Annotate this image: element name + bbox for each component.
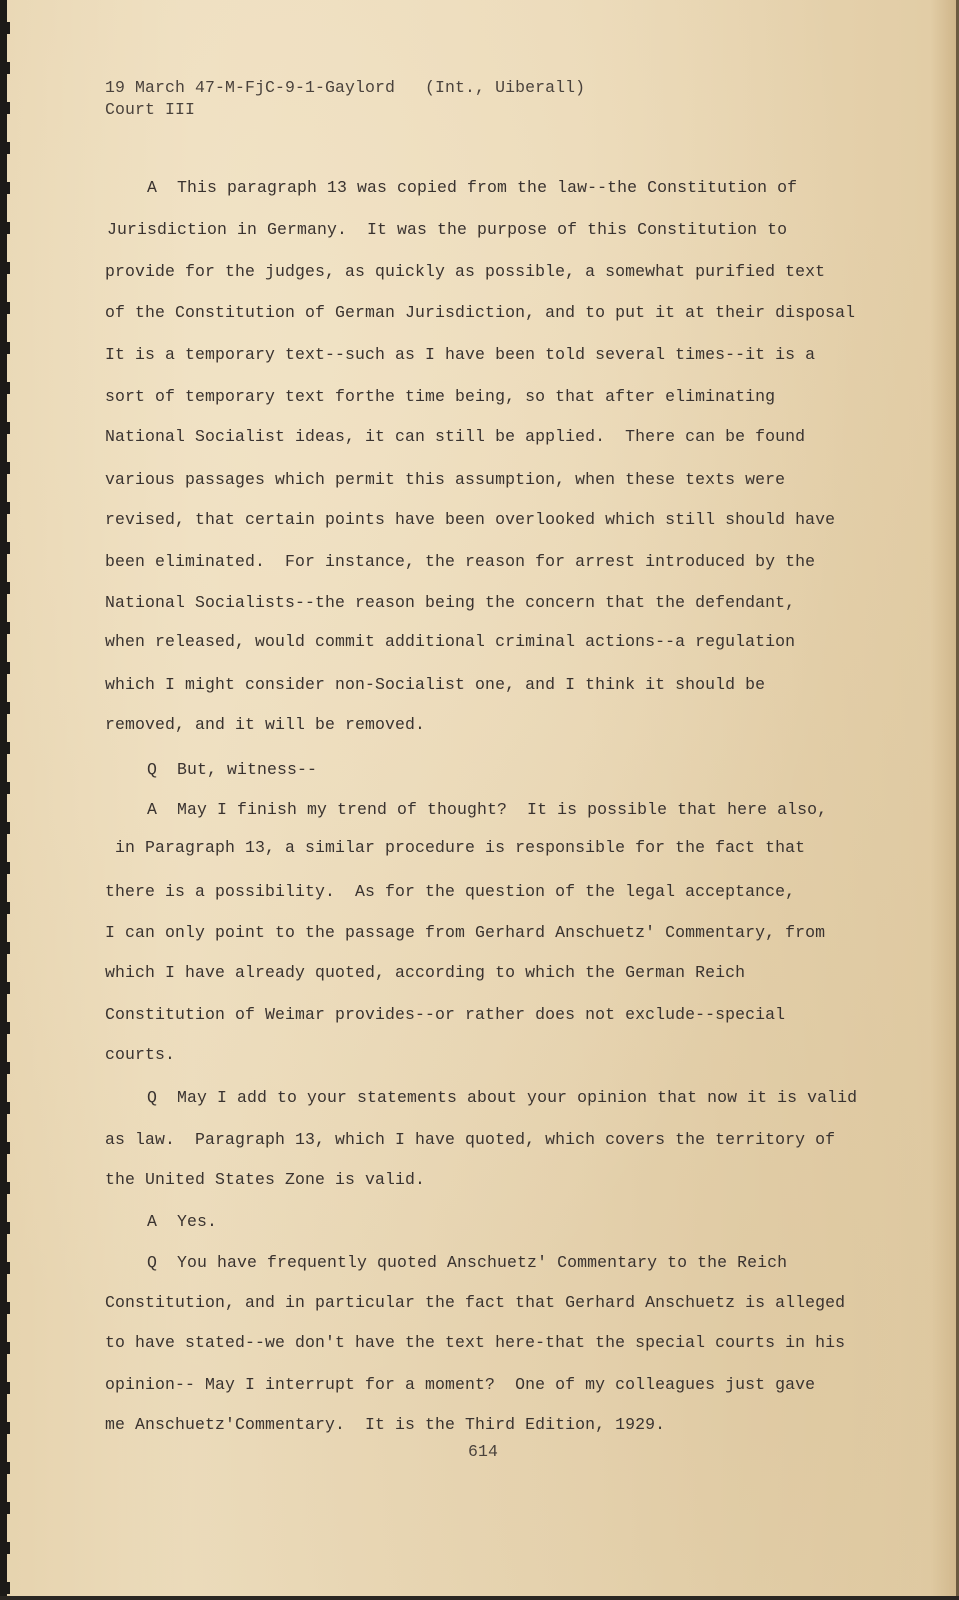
body-line: revised, that certain points have been o… bbox=[105, 510, 835, 530]
body-line: me Anschuetz'Commentary. It is the Third… bbox=[105, 1415, 665, 1435]
body-line: various passages which permit this assum… bbox=[105, 470, 785, 490]
page-bottom-edge bbox=[0, 1596, 959, 1600]
body-line: sort of temporary text forthe time being… bbox=[105, 387, 775, 407]
body-line: been eliminated. For instance, the reaso… bbox=[105, 552, 815, 572]
binding-holes bbox=[0, 0, 10, 1600]
body-line: Constitution of Weimar provides--or rath… bbox=[105, 1005, 785, 1025]
answer-line: A This paragraph 13 was copied from the … bbox=[147, 178, 797, 198]
body-line: provide for the judges, as quickly as po… bbox=[105, 262, 825, 282]
body-line: I can only point to the passage from Ger… bbox=[105, 923, 825, 943]
body-line: Jurisdiction in Germany. It was the purp… bbox=[107, 220, 787, 240]
question-line: Q You have frequently quoted Anschuetz' … bbox=[147, 1253, 787, 1273]
body-line: of the Constitution of German Jurisdicti… bbox=[105, 303, 855, 323]
answer-line: A Yes. bbox=[147, 1212, 217, 1232]
body-line: Constitution, and in particular the fact… bbox=[105, 1293, 845, 1313]
question-line: Q But, witness-- bbox=[147, 760, 317, 780]
body-line: which I have already quoted, according t… bbox=[105, 963, 745, 983]
body-line: there is a possibility. As for the quest… bbox=[105, 882, 795, 902]
body-line: opinion-- May I interrupt for a moment? … bbox=[105, 1375, 815, 1395]
body-line: National Socialists--the reason being th… bbox=[105, 593, 795, 613]
header-session-line: 19 March 47-M-FjC-9-1-Gaylord (Int., Uib… bbox=[105, 78, 585, 98]
body-line: removed, and it will be removed. bbox=[105, 715, 425, 735]
body-line: It is a temporary text--such as I have b… bbox=[105, 345, 815, 365]
body-line: which I might consider non-Socialist one… bbox=[105, 675, 765, 695]
body-line: National Socialist ideas, it can still b… bbox=[105, 427, 805, 447]
body-line: in Paragraph 13, a similar procedure is … bbox=[105, 838, 805, 858]
body-line: courts. bbox=[105, 1045, 175, 1065]
page-number: 614 bbox=[468, 1442, 498, 1462]
header-court-line: Court III bbox=[105, 100, 195, 120]
body-line: as law. Paragraph 13, which I have quote… bbox=[105, 1130, 835, 1150]
answer-line: A May I finish my trend of thought? It i… bbox=[147, 800, 827, 820]
body-line: when released, would commit additional c… bbox=[105, 632, 795, 652]
question-line: Q May I add to your statements about you… bbox=[147, 1088, 857, 1108]
body-line: the United States Zone is valid. bbox=[105, 1170, 425, 1190]
body-line: to have stated--we don't have the text h… bbox=[105, 1333, 845, 1353]
